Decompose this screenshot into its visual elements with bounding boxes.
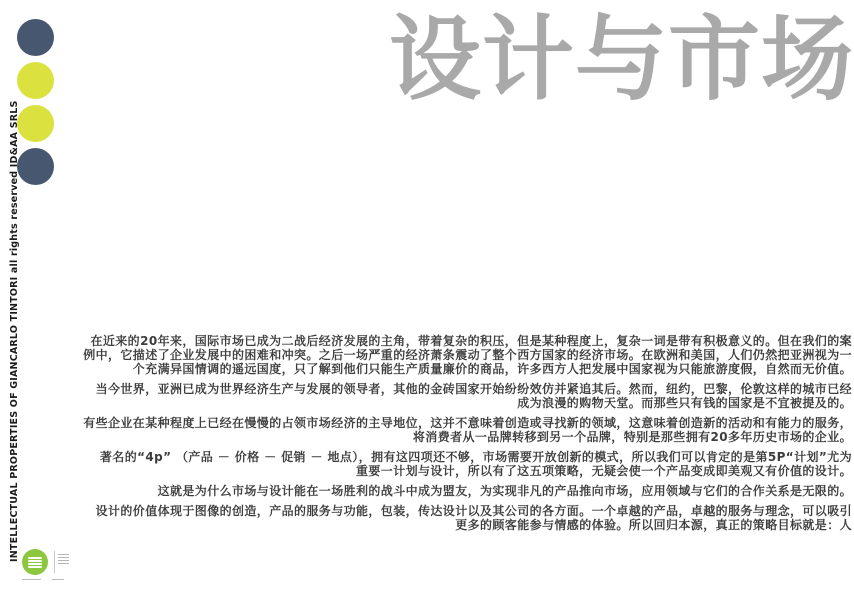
fineprint-line: [22, 579, 41, 580]
body-paragraph: 这就是为什么市场与设计能在一场胜利的战斗中成为盟友，为实现非凡的产品推向市场，应…: [40, 484, 852, 498]
body-text-line: 这就是为什么市场与设计能在一场胜利的战斗中成为盟友，为实现非凡的产品推向市场，应…: [40, 484, 852, 498]
body-paragraph: 设计的价值体现于图像的创造，产品的服务与功能，包装，传达设计以及其公司的各方面。…: [40, 504, 852, 532]
body-text-line: 有些企业在某种程度上已经在慢慢的占领市场经济的主导地位，这并不意味着创造或寻找新…: [40, 416, 852, 430]
logo-fineprint: [58, 554, 69, 564]
body-text-line: 成为浪漫的购物天堂。而那些只有钱的国家是不宜被提及的。: [40, 396, 852, 410]
body-text-line: 更多的顾客能参与情感的体验。所以回归本源，真正的策略目标就是：人: [40, 518, 852, 532]
body-paragraph: 在近来的20年来，国际市场已成为二战后经济发展的主角，带着复杂的积压，但是某种程…: [40, 334, 852, 376]
body-text-line: 在近来的20年来，国际市场已成为二战后经济发展的主角，带着复杂的积压，但是某种程…: [40, 334, 852, 348]
body-paragraph: 著名的“4p” （产品 － 价格 － 促销 － 地点），拥有这四项还不够，市场需…: [40, 450, 852, 478]
fineprint-line: [58, 554, 69, 555]
slide-page: 设计与市场 INTELLECTUAL PROPERTIES OF GIANCAR…: [0, 0, 854, 604]
logo-text-bar: [28, 563, 42, 565]
body-text-line: 设计的价值体现于图像的创造，产品的服务与功能，包装，传达设计以及其公司的各方面。…: [40, 504, 852, 518]
dot-navy-top: [17, 19, 54, 56]
body-text-line: 著名的“4p” （产品 － 价格 － 促销 － 地点），拥有这四项还不够，市场需…: [40, 450, 852, 464]
body-paragraph: 当今世界，亚洲已成为世界经济生产与发展的领导者，其他的金砖国家开始纷纷效仿并紧追…: [40, 382, 852, 410]
body-text-line: 个充满异国情调的遥远国度，只了解到他们只能生产质量廉价的商品，许多西方人把发展中…: [40, 362, 852, 376]
dot-column: [17, 19, 54, 185]
body-text-line: 当今世界，亚洲已成为世界经济生产与发展的领导者，其他的金砖国家开始纷纷效仿并紧追…: [40, 382, 852, 396]
fineprint-line: [58, 557, 69, 558]
logo-divider: [54, 551, 55, 573]
body-text: 在近来的20年来，国际市场已成为二战后经济发展的主角，带着复杂的积压，但是某种程…: [40, 334, 852, 532]
fineprint-line: [58, 560, 69, 561]
fineprint-line: [58, 563, 69, 564]
logo-text-bar: [28, 560, 42, 562]
copyright-vertical: INTELLECTUAL PROPERTIES OF GIANCARLO TIN…: [9, 100, 20, 562]
logo-text-bar: [28, 557, 42, 559]
body-text-line: 例中，它描述了企业发展中的困难和冲突。之后一场严重的经济萧条震动了整个西方国家的…: [40, 348, 852, 362]
page-title: 设计与市场: [389, 6, 854, 114]
body-paragraph: 有些企业在某种程度上已经在慢慢的占领市场经济的主导地位，这并不意味着创造或寻找新…: [40, 416, 852, 444]
dot-yellow-upper: [17, 62, 54, 99]
logo-text-bar: [28, 566, 42, 568]
dot-yellow-lower: [17, 105, 54, 142]
dot-navy-bottom: [17, 148, 54, 185]
logo-circle: [22, 549, 48, 575]
fineprint-line: [52, 579, 64, 580]
body-text-line: 重要一计划与设计，所以有了这五项策略，无疑会使一个产品变成即美观又有价值的设计。: [40, 464, 852, 478]
body-text-line: 将消费者从一品牌转移到另一个品牌，特别是那些拥有20多年历史市场的企业。: [40, 430, 852, 444]
